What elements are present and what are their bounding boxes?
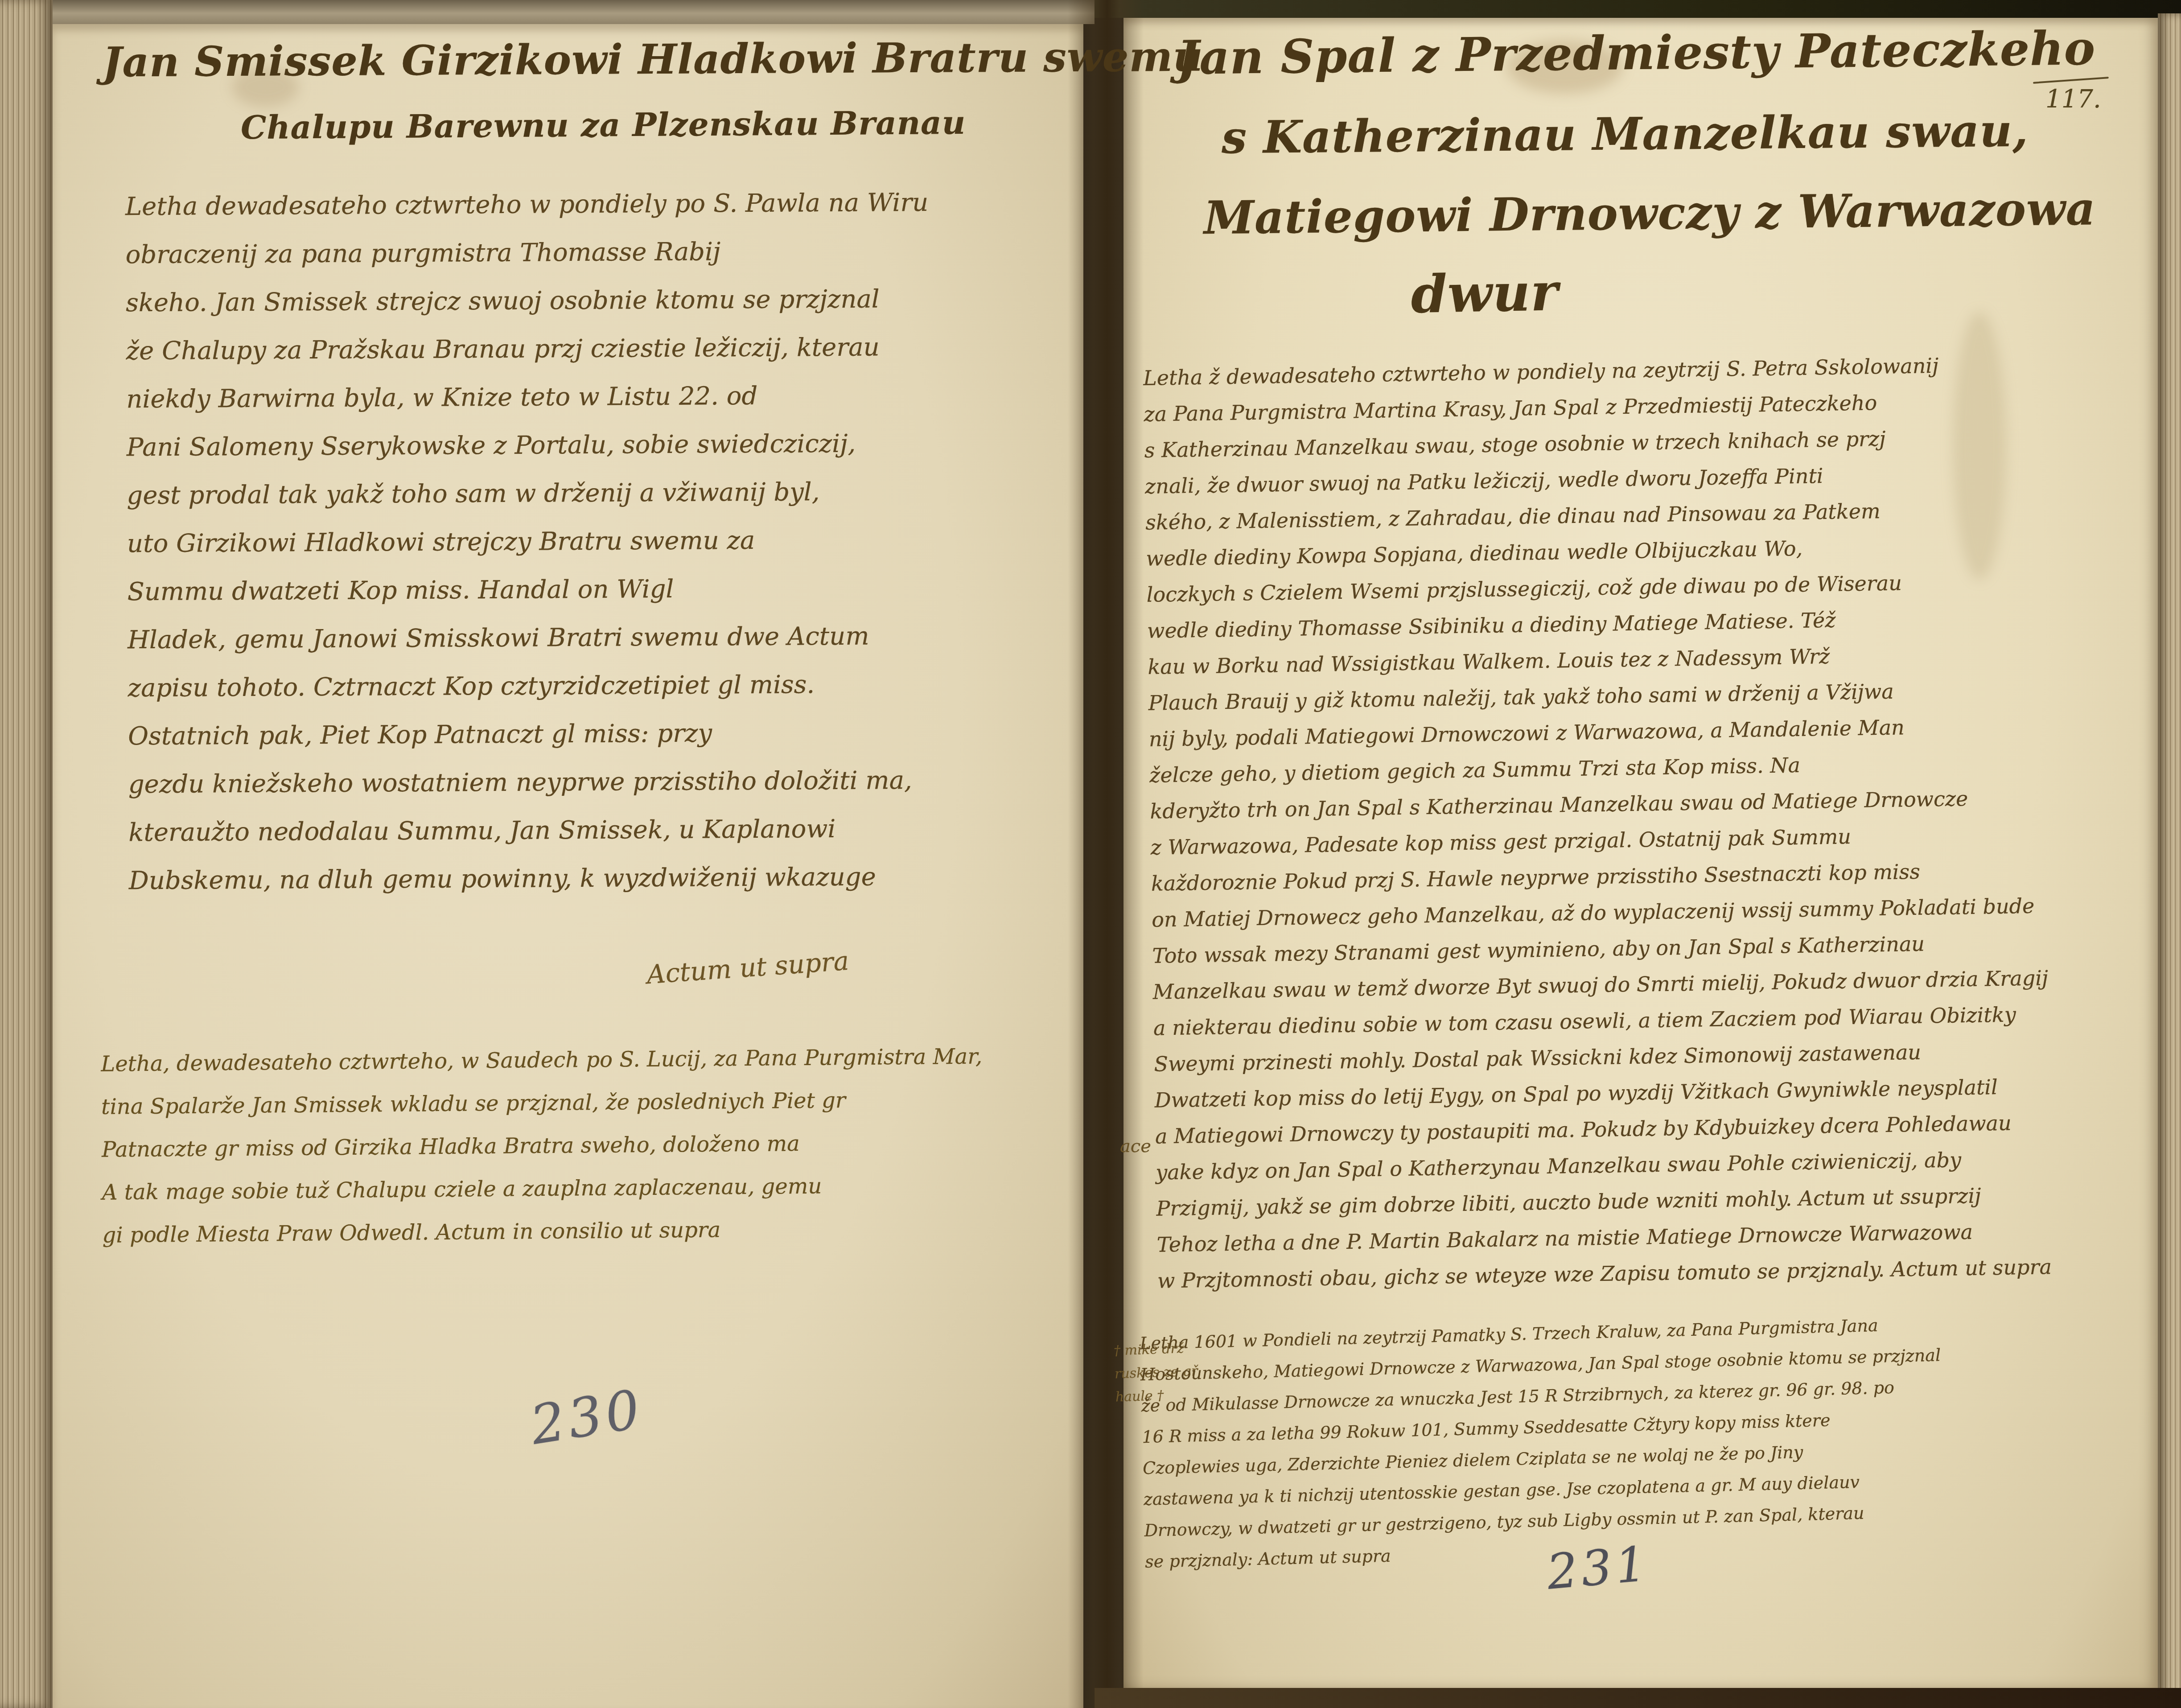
- right-page-heading-line2: s Katherzinau Manzelkau swau,: [1222, 105, 1971, 164]
- page-edges-right: [2158, 13, 2181, 1708]
- right-page-margin-mark: ace: [1120, 1136, 1151, 1157]
- left-page-main-entry: Letha dewadesateho cztwrteho w pondiely …: [125, 178, 1025, 905]
- book-cover-bottom-edge: [1095, 1688, 2181, 1708]
- book-spine-page-edges-left: [0, 0, 53, 1708]
- right-page-main-entry: Letha ž dewadesateho cztwrteho w pondiel…: [1143, 346, 2054, 1299]
- left-page-heading-line1: Jan Smissek Girzikowi Hladkowi Bratru sw…: [103, 33, 1030, 86]
- right-page-lower-entry: Letha 1601 w Pondieli na zeytrzij Pamatk…: [1139, 1305, 2099, 1577]
- right-page-pencil-number: 231: [1545, 1536, 1652, 1601]
- book-gutter-shadow: [1068, 0, 1144, 1708]
- right-page-heading-line3: Matiegowi Drnowczy z Warwazowa: [1203, 183, 1988, 245]
- folio-number: 117.: [2045, 85, 2101, 114]
- book-cover-top-edge: [1095, 0, 2181, 18]
- left-page-heading-line2: Chalupu Barewnu za Plzenskau Branau: [241, 104, 910, 146]
- table-surface-top-strip: [53, 0, 1095, 24]
- manuscript-photo: Jan Smissek Girzikowi Hladkowi Bratru sw…: [0, 0, 2181, 1708]
- right-page-heading-line1: Jan Spal z Przedmiesty Pateczkeho: [1177, 21, 2015, 85]
- left-page-second-entry: Letha, dewadesateho cztwrteho, w Saudech…: [101, 1035, 990, 1256]
- right-page-heading-line4: dwur: [1391, 261, 1579, 325]
